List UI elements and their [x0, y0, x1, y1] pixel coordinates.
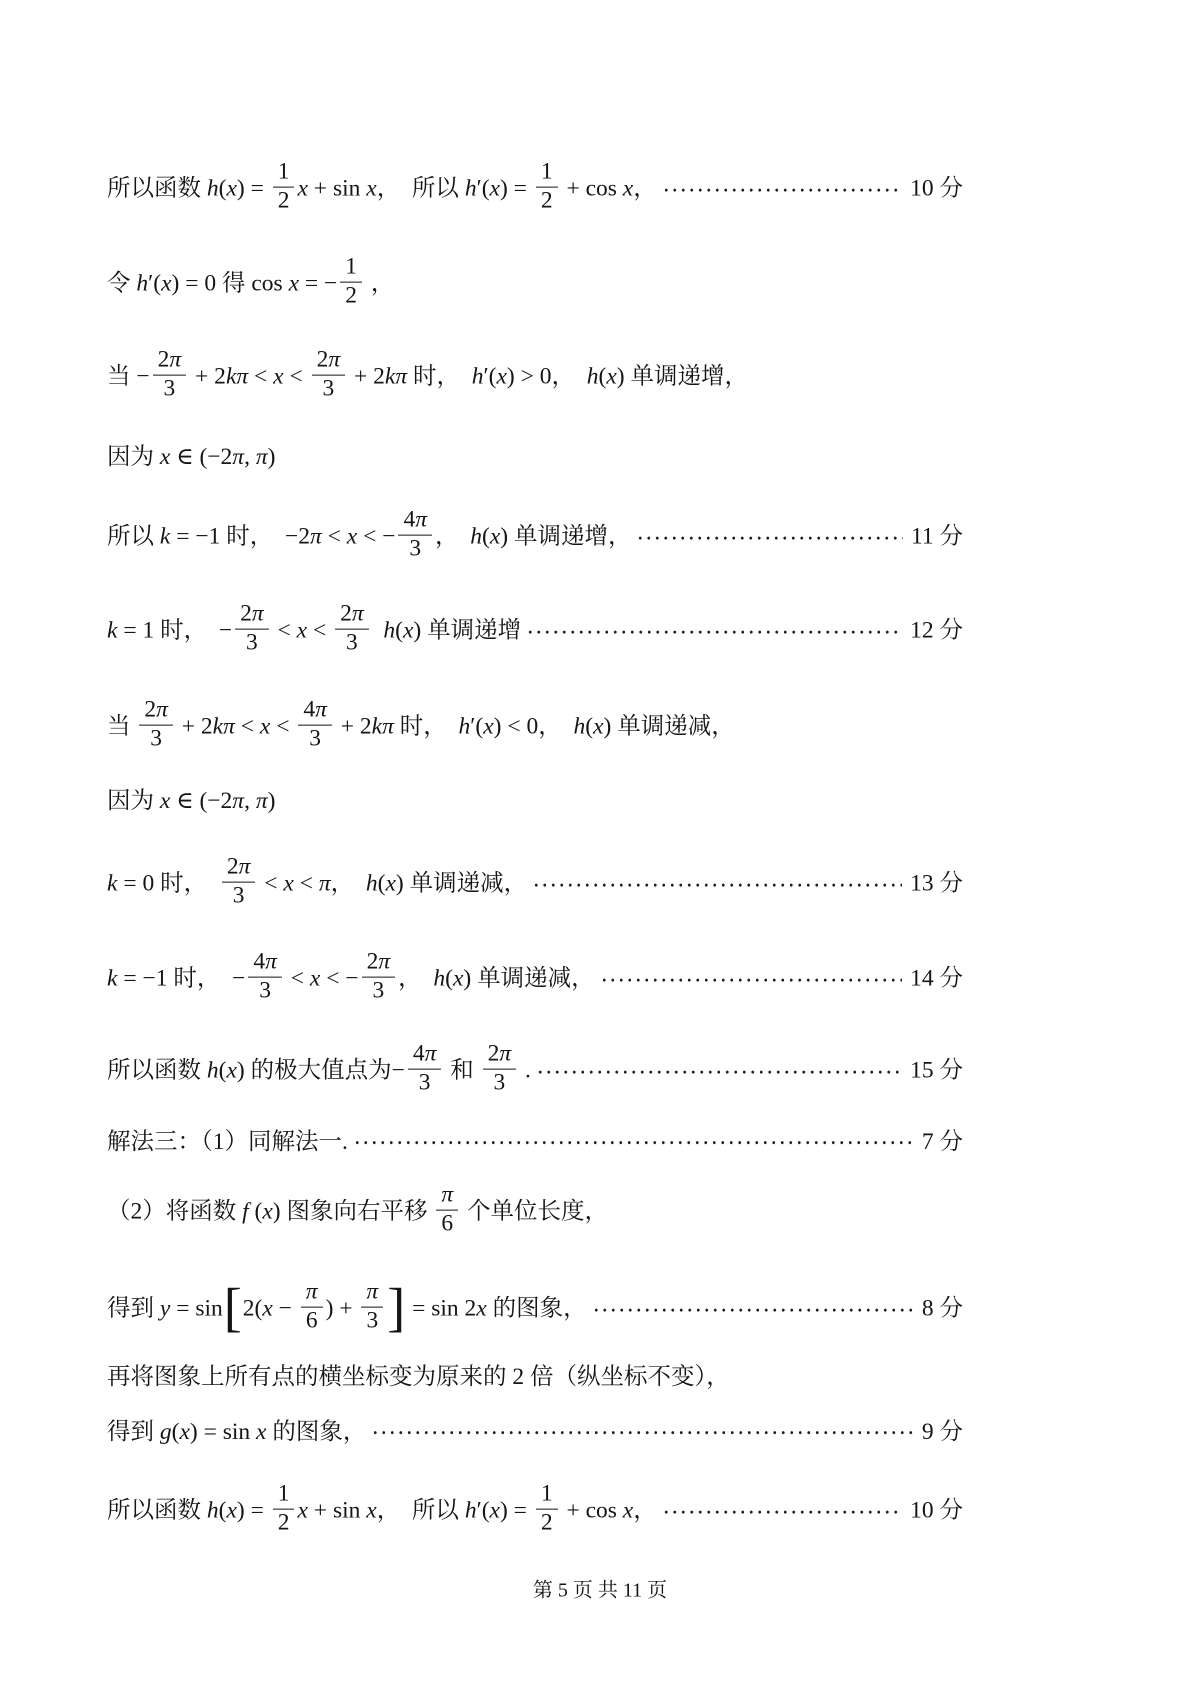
math-expression: − [232, 965, 245, 991]
fraction: π6 [436, 1183, 458, 1238]
fraction-denominator: 6 [436, 1211, 458, 1237]
fraction: 2π3 [335, 602, 369, 657]
dot-leader [526, 630, 902, 635]
line-content: 因为 x ∈ (−2π, π) [107, 788, 275, 814]
text-run: 所以函数 [107, 1497, 207, 1523]
text-run: 再将图象上所有点的横坐标变为原来的 2 倍（纵坐标不变）， [107, 1364, 730, 1390]
line-content: 所以函数 h(x) = 12x + sin x， 所以 h′(x) = 12 +… [107, 1485, 657, 1540]
math-expression: − [136, 363, 149, 389]
text-run: 解法三：（1）同解法一. [107, 1129, 348, 1155]
math-expression: < x < [272, 617, 332, 643]
text-run: 和 [444, 1057, 479, 1083]
fraction-denominator: 2 [273, 188, 295, 214]
math-expression: + 2kπ [335, 713, 400, 739]
score-marker: 11 分 [911, 521, 963, 553]
text-run: 时， [160, 870, 219, 896]
fraction-denominator: 3 [139, 726, 173, 752]
text-run: 令 [107, 270, 136, 296]
line-k-1-increasing-12pts: k = 1 时， −2π3 < x < 2π3 h(x) 单调递增12 分 [107, 605, 963, 660]
fraction-numerator: 1 [536, 160, 558, 188]
fraction: 4π3 [298, 698, 332, 753]
score-marker: 7 分 [922, 1127, 963, 1159]
math-expression: h(x) [366, 870, 404, 896]
math-expression: x + sin x [297, 1497, 376, 1523]
line-content: k = 1 时， −2π3 < x < 2π3 h(x) 单调递增 [107, 605, 521, 660]
fraction-numerator: 2π [222, 855, 256, 883]
fraction-numerator: π [301, 1280, 323, 1308]
fraction-numerator: π [436, 1183, 458, 1211]
fraction-numerator: 2π [235, 602, 269, 630]
math-expression: < x < − [285, 965, 359, 991]
math-expression: h(x) = [207, 1497, 270, 1523]
fraction-denominator: 3 [222, 883, 256, 909]
line-increasing-interval-general: 当 −2π3 + 2kπ < x < 2π3 + 2kπ 时， h′(x) > … [107, 351, 748, 406]
line-set-derivative-zero: 令 h′(x) = 0 得 cos x = −12 ， [107, 258, 394, 313]
score-marker: 10 分 [910, 1495, 963, 1527]
fraction-numerator: 2π [362, 950, 396, 978]
math-expression: h(x) [372, 617, 422, 643]
score-marker: 15 分 [910, 1055, 963, 1087]
math-expression: y = sin [160, 1295, 223, 1321]
line-content: 所以 k = −1 时， −2π < x < −4π3， h(x) 单调递增， [107, 511, 631, 566]
fraction-denominator: 3 [298, 726, 332, 752]
text-run: . [519, 1057, 531, 1083]
text-run: 时， [160, 617, 219, 643]
line-content: 解法三：（1）同解法一. [107, 1127, 348, 1159]
fraction-numerator: 2π [153, 348, 187, 376]
line-content: 再将图象上所有点的横坐标变为原来的 2 倍（纵坐标不变）， [107, 1364, 730, 1390]
math-expression: k = 1 [107, 617, 160, 643]
line-k-neg1-decreasing-14pts: k = −1 时， −4π3 < x < −2π3， h(x) 单调递减，14 … [107, 953, 963, 1008]
line-content: 当 2π3 + 2kπ < x < 4π3 + 2kπ 时， h′(x) < 0… [107, 713, 735, 739]
fraction-numerator: 1 [340, 255, 362, 283]
fraction-numerator: 2π [483, 1042, 517, 1070]
fraction-denominator: 2 [340, 283, 362, 309]
text-run: 得到 [107, 1419, 160, 1445]
fraction-denominator: 3 [483, 1070, 517, 1096]
text-run: 得到 [107, 1295, 160, 1321]
fraction: 2π3 [235, 602, 269, 657]
line-content: 所以函数 h(x) = 12x + sin x， 所以 h′(x) = 12 +… [107, 163, 657, 218]
math-expression: + 2kπ < x < [189, 363, 308, 389]
fraction: 2π3 [483, 1042, 517, 1097]
text-run: 因为 [107, 788, 160, 814]
fraction-denominator: 3 [361, 1308, 383, 1334]
math-expression: < x < π [258, 870, 330, 896]
line-maximum-points-15pts: 所以函数 h(x) 的极大值点为−4π3 和 2π3 .15 分 [107, 1045, 963, 1100]
fraction-denominator: 2 [536, 1510, 558, 1536]
fraction-denominator: 6 [301, 1308, 323, 1334]
text-run: ， [398, 965, 433, 991]
math-expression: + cos x [561, 1497, 634, 1523]
fraction-numerator: 2π [312, 348, 346, 376]
math-expression: 2(x − [243, 1295, 298, 1321]
line-horizontal-stretch: 再将图象上所有点的横坐标变为原来的 2 倍（纵坐标不变）， [107, 1362, 730, 1394]
line-k-neg1-increasing-11pts: 所以 k = −1 时， −2π < x < −4π3， h(x) 单调递增，1… [107, 511, 963, 566]
fraction-denominator: 3 [335, 630, 369, 656]
line-content: k = 0 时， 2π3 < x < π， h(x) 单调递减， [107, 858, 527, 913]
text-run: ， [552, 363, 587, 389]
math-expression: h′(x) = 0 [136, 270, 222, 296]
dot-leader [536, 1070, 902, 1075]
line-h-definition-repeat-10pts: 所以函数 h(x) = 12x + sin x， 所以 h′(x) = 12 +… [107, 1485, 963, 1540]
dot-leader [600, 978, 903, 983]
fraction: 2π3 [222, 855, 256, 910]
math-expression: h′(x) < 0 [459, 713, 539, 739]
line-content: （2）将函数 f (x) 图象向右平移 π6 个单位长度， [107, 1198, 608, 1224]
math-expression: h(x) = [207, 175, 270, 201]
score-marker: 9 分 [922, 1417, 963, 1449]
text-run: 单调递减， [404, 870, 527, 896]
text-run: 单调递增 [421, 617, 521, 643]
dot-leader [662, 1510, 902, 1515]
page-footer: 第 5 页 共 11 页 [0, 1574, 1200, 1603]
line-domain-restriction-2: 因为 x ∈ (−2π, π) [107, 786, 275, 818]
text-run: ， [633, 175, 657, 201]
line-g-result-9pts: 得到 g(x) = sin x 的图象，9 分 [107, 1417, 963, 1449]
math-expression: + 2kπ < x < [176, 713, 295, 739]
math-expression: cos x = − [251, 270, 337, 296]
text-run: 时， [226, 523, 285, 549]
math-expression: = sin 2x [406, 1295, 492, 1321]
dot-leader [371, 1431, 914, 1436]
fraction-numerator: 1 [273, 160, 295, 188]
math-expression: h(x) [587, 363, 625, 389]
math-expression: h′(x) > 0 [472, 363, 552, 389]
dot-leader [592, 1308, 914, 1313]
math-expression: k = 0 [107, 870, 160, 896]
fraction: 12 [340, 255, 362, 310]
fraction-denominator: 3 [398, 536, 432, 562]
score-marker: 13 分 [910, 868, 963, 900]
math-expression: h(x) [433, 965, 471, 991]
text-run: 得 [222, 270, 251, 296]
math-expression: − [392, 1057, 405, 1083]
fraction: 12 [273, 160, 295, 215]
fraction: 4π3 [408, 1042, 442, 1097]
math-expression: x ∈ (−2π, π) [160, 444, 276, 470]
text-run: 单调递增， [625, 363, 748, 389]
line-content: 得到 g(x) = sin x 的图象， [107, 1417, 366, 1449]
math-expression: x + sin x [297, 175, 376, 201]
fraction-denominator: 3 [312, 376, 346, 402]
line-content: 得到 y = sin[2(x − π6) + π3] = sin 2x 的图象， [107, 1283, 587, 1338]
fraction-numerator: 4π [248, 950, 282, 978]
fraction: 12 [273, 1482, 295, 1537]
line-content: 当 −2π3 + 2kπ < x < 2π3 + 2kπ 时， h′(x) > … [107, 363, 748, 389]
line-part2-shift-right: （2）将函数 f (x) 图象向右平移 π6 个单位长度， [107, 1186, 608, 1241]
dot-leader [353, 1141, 914, 1146]
text-run: 单调递减， [471, 965, 594, 991]
line-decreasing-interval-general: 当 2π3 + 2kπ < x < 4π3 + 2kπ 时， h′(x) < 0… [107, 701, 735, 756]
fraction: π3 [361, 1280, 383, 1335]
score-marker: 12 分 [910, 615, 963, 647]
math-expression: k = −1 [107, 965, 173, 991]
math-expression: − [219, 617, 232, 643]
fraction-numerator: 2π [335, 602, 369, 630]
text-run: 的极大值点为 [245, 1057, 392, 1083]
fraction-numerator: 4π [408, 1042, 442, 1070]
math-expression: −2π < x < − [285, 523, 396, 549]
text-run: 时， [173, 965, 232, 991]
document-page: 所以函数 h(x) = 12x + sin x， 所以 h′(x) = 12 +… [0, 0, 1200, 1698]
fraction-denominator: 2 [273, 1510, 295, 1536]
math-expression: h(x) [470, 523, 508, 549]
text-run: ， [435, 523, 470, 549]
math-expression: f (x) [242, 1198, 281, 1224]
text-run: 因为 [107, 444, 160, 470]
fraction: 2π3 [153, 348, 187, 403]
text-run: 所以 [107, 523, 160, 549]
score-marker: 10 分 [910, 173, 963, 205]
math-expression: g(x) = sin x [160, 1419, 272, 1445]
dot-leader [662, 188, 902, 193]
text-run: 当 [107, 363, 136, 389]
fraction-denominator: 3 [153, 376, 187, 402]
math-expression: k = −1 [160, 523, 226, 549]
fraction: 2π3 [139, 698, 173, 753]
fraction: 12 [536, 160, 558, 215]
fraction-numerator: 2π [139, 698, 173, 726]
text-run: 单调递增， [508, 523, 631, 549]
text-run: 图象向右平移 [281, 1198, 434, 1224]
line-k-0-decreasing-13pts: k = 0 时， 2π3 < x < π， h(x) 单调递减，13 分 [107, 858, 963, 913]
fraction-numerator: 1 [273, 1482, 295, 1510]
line-content: 所以函数 h(x) 的极大值点为−4π3 和 2π3 . [107, 1045, 531, 1100]
text-run: 个单位长度， [461, 1198, 608, 1224]
text-run: ， [538, 713, 573, 739]
dot-leader [636, 536, 903, 541]
text-run: 的图象， [493, 1295, 587, 1321]
math-expression: h(x) [574, 713, 612, 739]
math-expression: h(x) [207, 1057, 245, 1083]
fraction-denominator: 2 [536, 188, 558, 214]
math-expression: x ∈ (−2π, π) [160, 788, 276, 814]
math-expression: + cos x [561, 175, 634, 201]
fraction-numerator: π [361, 1280, 383, 1308]
fraction: 2π3 [362, 950, 396, 1005]
fraction-denominator: 3 [248, 978, 282, 1004]
fraction: 4π3 [398, 508, 432, 563]
text-run: 时， [400, 713, 459, 739]
text-run: 当 [107, 713, 136, 739]
score-marker: 14 分 [910, 963, 963, 995]
score-marker: 8 分 [922, 1293, 963, 1325]
fraction-numerator: 4π [398, 508, 432, 536]
fraction-denominator: 3 [362, 978, 396, 1004]
fraction: π6 [301, 1280, 323, 1335]
line-content: 令 h′(x) = 0 得 cos x = −12 ， [107, 270, 394, 296]
text-run: ， [331, 870, 366, 896]
text-run: ， [633, 1497, 657, 1523]
text-run: ， 所以 [377, 1497, 465, 1523]
text-run: 单调递减， [611, 713, 734, 739]
fraction-denominator: 3 [235, 630, 269, 656]
fraction: 12 [536, 1482, 558, 1537]
line-transformed-function-8pts: 得到 y = sin[2(x − π6) + π3] = sin 2x 的图象，… [107, 1283, 963, 1338]
fraction-numerator: 1 [536, 1482, 558, 1510]
math-expression: ) + [326, 1295, 359, 1321]
text-run: 时， [413, 363, 472, 389]
fraction: 2π3 [312, 348, 346, 403]
text-run: ， 所以 [377, 175, 465, 201]
fraction-numerator: 4π [298, 698, 332, 726]
line-method3-part1-7pts: 解法三：（1）同解法一.7 分 [107, 1127, 963, 1159]
line-h-definition-10pts: 所以函数 h(x) = 12x + sin x， 所以 h′(x) = 12 +… [107, 163, 963, 218]
text-run: 所以函数 [107, 1057, 207, 1083]
fraction: 4π3 [248, 950, 282, 1005]
math-expression: h′(x) = [465, 1497, 533, 1523]
math-expression: + 2kπ [348, 363, 413, 389]
text-run: ， [365, 270, 394, 296]
text-run: 的图象， [272, 1419, 366, 1445]
fraction-denominator: 3 [408, 1070, 442, 1096]
dot-leader [532, 883, 902, 888]
line-content: k = −1 时， −4π3 < x < −2π3， h(x) 单调递减， [107, 953, 595, 1008]
text-run: （2）将函数 [107, 1198, 242, 1224]
math-expression: h′(x) = [465, 175, 533, 201]
line-content: 因为 x ∈ (−2π, π) [107, 444, 275, 470]
text-run: 所以函数 [107, 175, 207, 201]
line-domain-restriction-1: 因为 x ∈ (−2π, π) [107, 442, 275, 474]
